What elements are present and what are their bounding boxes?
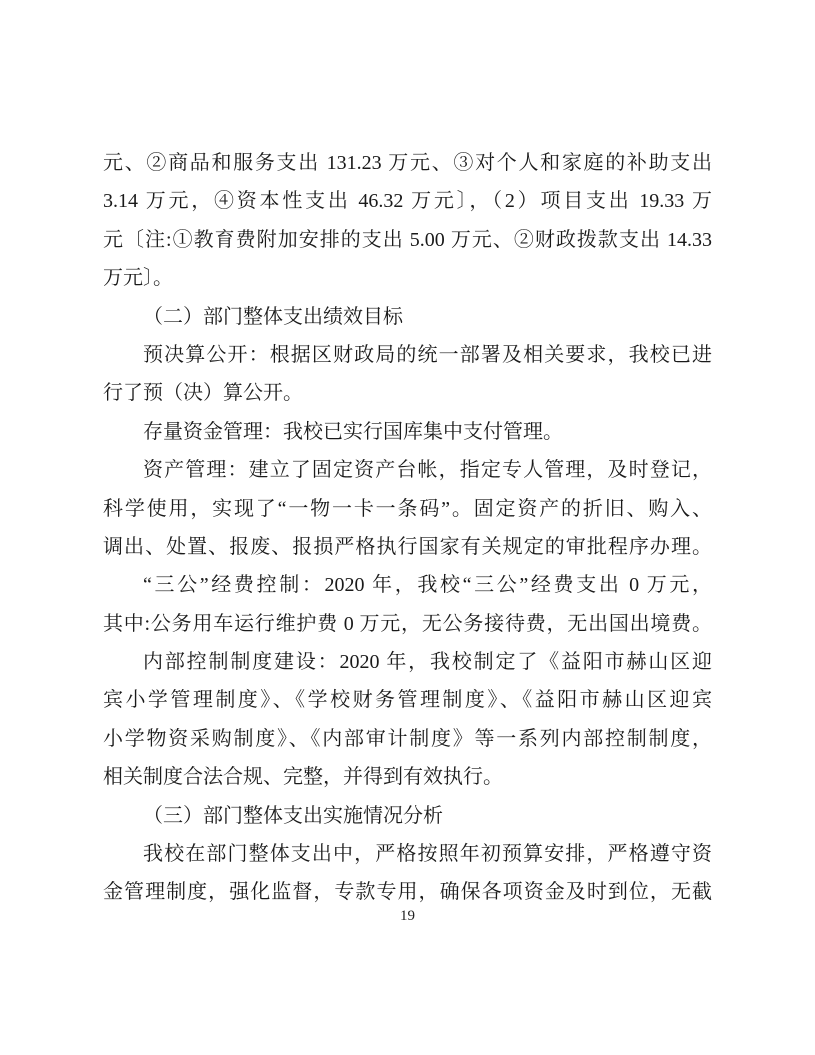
text-line-18: （三）部门整体支出实施情况分析 bbox=[103, 797, 712, 835]
text-line-3: 元〔注:①教育费附加安排的支出 5.00 万元、②财政拨款支出 14.33 bbox=[103, 221, 712, 259]
text-line-13: 其中:公务用车运行维护费 0 万元，无公务接待费，无出国出境费。 bbox=[103, 605, 712, 643]
text-line-11: 调出、处置、报废、报损严格执行国家有关规定的审批程序办理。 bbox=[103, 528, 712, 566]
text-line-10: 科学使用，实现了“一物一卡一条码”。固定资产的折旧、购入、 bbox=[103, 490, 712, 528]
text-line-9: 资产管理：建立了固定资产台帐，指定专人管理，及时登记， bbox=[103, 451, 712, 489]
text-line-14: 内部控制制度建设：2020 年，我校制定了《益阳市赫山区迎 bbox=[103, 643, 712, 681]
text-line-2: 3.14 万元，④资本性支出 46.32 万元〕，（2）项目支出 19.33 万 bbox=[103, 182, 712, 220]
text-line-16: 小学物资采购制度》、《内部审计制度》等一系列内部控制制度， bbox=[103, 720, 712, 758]
document-page: 元、②商品和服务支出 131.23 万元、③对个人和家庭的补助支出3.14 万元… bbox=[0, 0, 815, 1055]
text-line-4: 万元〕。 bbox=[103, 259, 712, 297]
text-line-1: 元、②商品和服务支出 131.23 万元、③对个人和家庭的补助支出 bbox=[103, 144, 712, 182]
text-line-6: 预决算公开：根据区财政局的统一部署及相关要求，我校已进 bbox=[103, 336, 712, 374]
text-line-8: 存量资金管理：我校已实行国库集中支付管理。 bbox=[103, 413, 712, 451]
document-body: 元、②商品和服务支出 131.23 万元、③对个人和家庭的补助支出3.14 万元… bbox=[103, 144, 712, 912]
text-line-15: 宾小学管理制度》、《学校财务管理制度》、《益阳市赫山区迎宾 bbox=[103, 681, 712, 719]
text-line-17: 相关制度合法合规、完整，并得到有效执行。 bbox=[103, 758, 712, 796]
text-line-19: 我校在部门整体支出中，严格按照年初预算安排，严格遵守资 bbox=[103, 835, 712, 873]
page-number: 19 bbox=[0, 905, 815, 927]
text-line-5: （二）部门整体支出绩效目标 bbox=[103, 298, 712, 336]
text-line-12: “三公”经费控制：2020 年，我校“三公”经费支出 0 万元， bbox=[103, 566, 712, 604]
text-line-7: 行了预（决）算公开。 bbox=[103, 374, 712, 412]
